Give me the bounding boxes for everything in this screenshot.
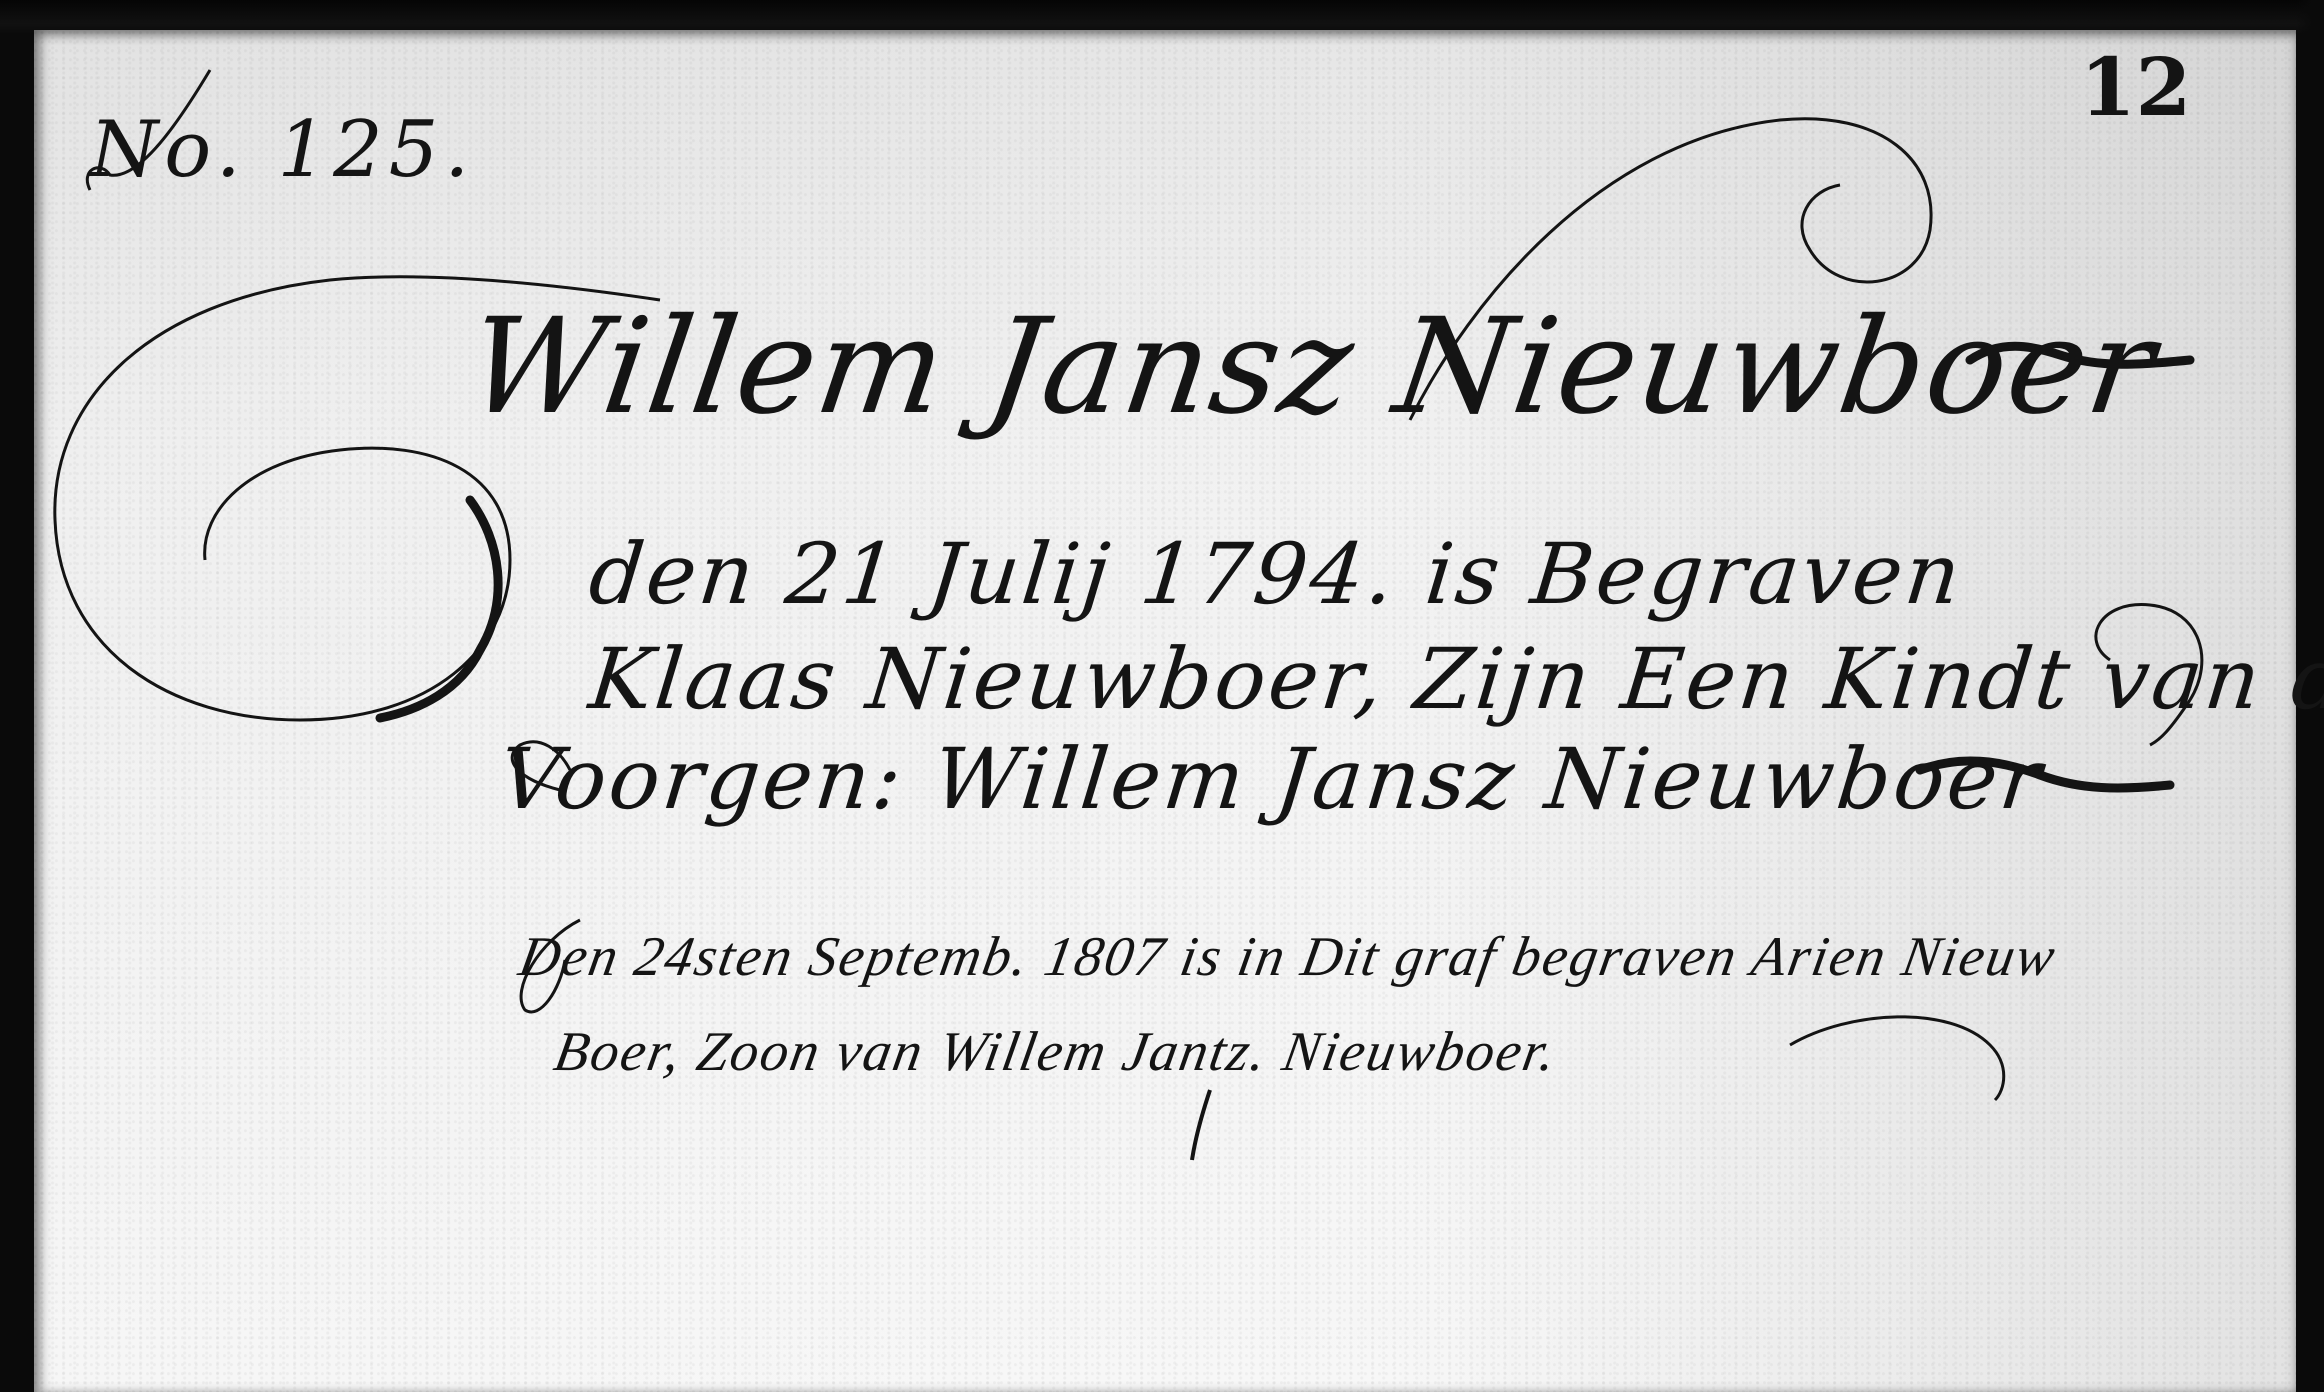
annotation-line-1: Den 24sten Septemb. 1807 is in Dit graf … [514,925,2061,989]
page-number: 12 [2080,40,2191,134]
annotation-line-2: Boer, Zoon van Willem Jantz. Nieuwboer. [549,1020,1562,1084]
record-number-value: 125. [277,105,475,195]
record-number-label: No. [90,105,247,195]
entry-line-1: den 21 Julij 1794. is Begraven [585,525,1968,623]
record-number: No. 125. [90,105,475,195]
scan-border-top [0,0,2324,34]
entry-line-2: Klaas Nieuwboer, Zijn Een Kindt van d' [585,630,2324,728]
entry-heading: Willem Jansz Nieuwboer [459,290,2165,444]
entry-line-3: Voorgen: Willem Jansz Nieuwboer [495,730,2049,828]
